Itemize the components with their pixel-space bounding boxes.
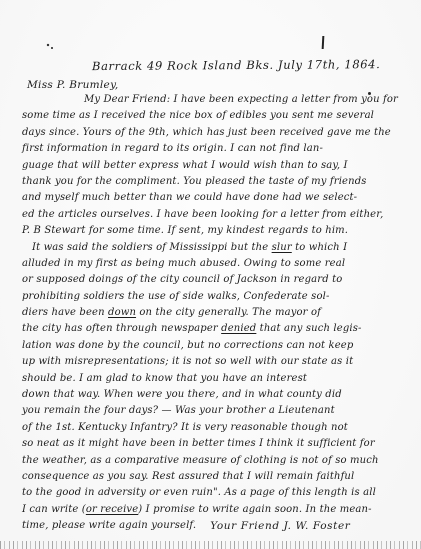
letter-line: lation was done by the council, but no c… [22, 338, 416, 354]
ink-smudge-mark [46, 43, 54, 49]
letter-line: days since. Yours of the 9th, which has … [22, 125, 416, 141]
letter-line: some time as I received the nice box of … [22, 108, 416, 124]
letter-line: and myself much better than we could hav… [22, 190, 416, 206]
letter-line: the weather, as a comparative measure of… [22, 453, 416, 469]
letter-line: diers have been down on the city general… [22, 305, 416, 321]
letter-signature: Your Friend J. W. Foster [210, 518, 350, 534]
letter-body: My Dear Friend: I have been expecting a … [22, 92, 416, 535]
letter-line: the city has often through newspaper den… [22, 321, 416, 337]
letter-line: up with misrepresentations; it is not so… [22, 354, 416, 370]
letter-closing: time, please write again yourself. [22, 518, 196, 534]
letter-line: of the 1st. Kentucky Infantry? It is ver… [22, 420, 416, 436]
letter-line: alluded in my first as being much abused… [22, 256, 416, 272]
letter-line: P. B Stewart for some time. If sent, my … [22, 223, 416, 239]
letter-closing-line: time, please write again yourself. Your … [22, 518, 416, 534]
letter-line: to the good in adversity or even ruin". … [22, 485, 416, 501]
letter-line: guage that will better express what I wo… [22, 158, 416, 174]
scan-noise-band [0, 541, 421, 549]
letter-dateline: Barrack 49 Rock Island Bks. July 17th, 1… [92, 57, 412, 73]
letter-salutation: Miss P. Brumley, [27, 79, 119, 91]
letter-line: My Dear Friend: I have been expecting a … [22, 92, 416, 108]
letter-line: prohibiting soldiers the use of side wal… [22, 289, 416, 305]
letter-line: so neat as it might have been in better … [22, 436, 416, 452]
letter-line: I can write (or receive) I promise to wr… [22, 502, 416, 518]
letter-line: or supposed doings of the city council o… [22, 272, 416, 288]
ink-stroke-mark [322, 36, 325, 49]
letter-line: thank you for the compliment. You please… [22, 174, 416, 190]
letter-line: first information in regard to its origi… [22, 141, 416, 157]
letter-line: ed the articles ourselves. I have been l… [22, 207, 416, 223]
scanned-letter-page: Barrack 49 Rock Island Bks. July 17th, 1… [0, 0, 421, 549]
letter-line: down that way. When were you there, and … [22, 387, 416, 403]
letter-line: you remain the four days? — Was your bro… [22, 403, 416, 419]
letter-line: should be. I am glad to know that you ha… [22, 371, 416, 387]
letter-line: consequence as you say. Rest assured tha… [22, 469, 416, 485]
letter-line: It was said the soldiers of Mississippi … [22, 240, 416, 256]
